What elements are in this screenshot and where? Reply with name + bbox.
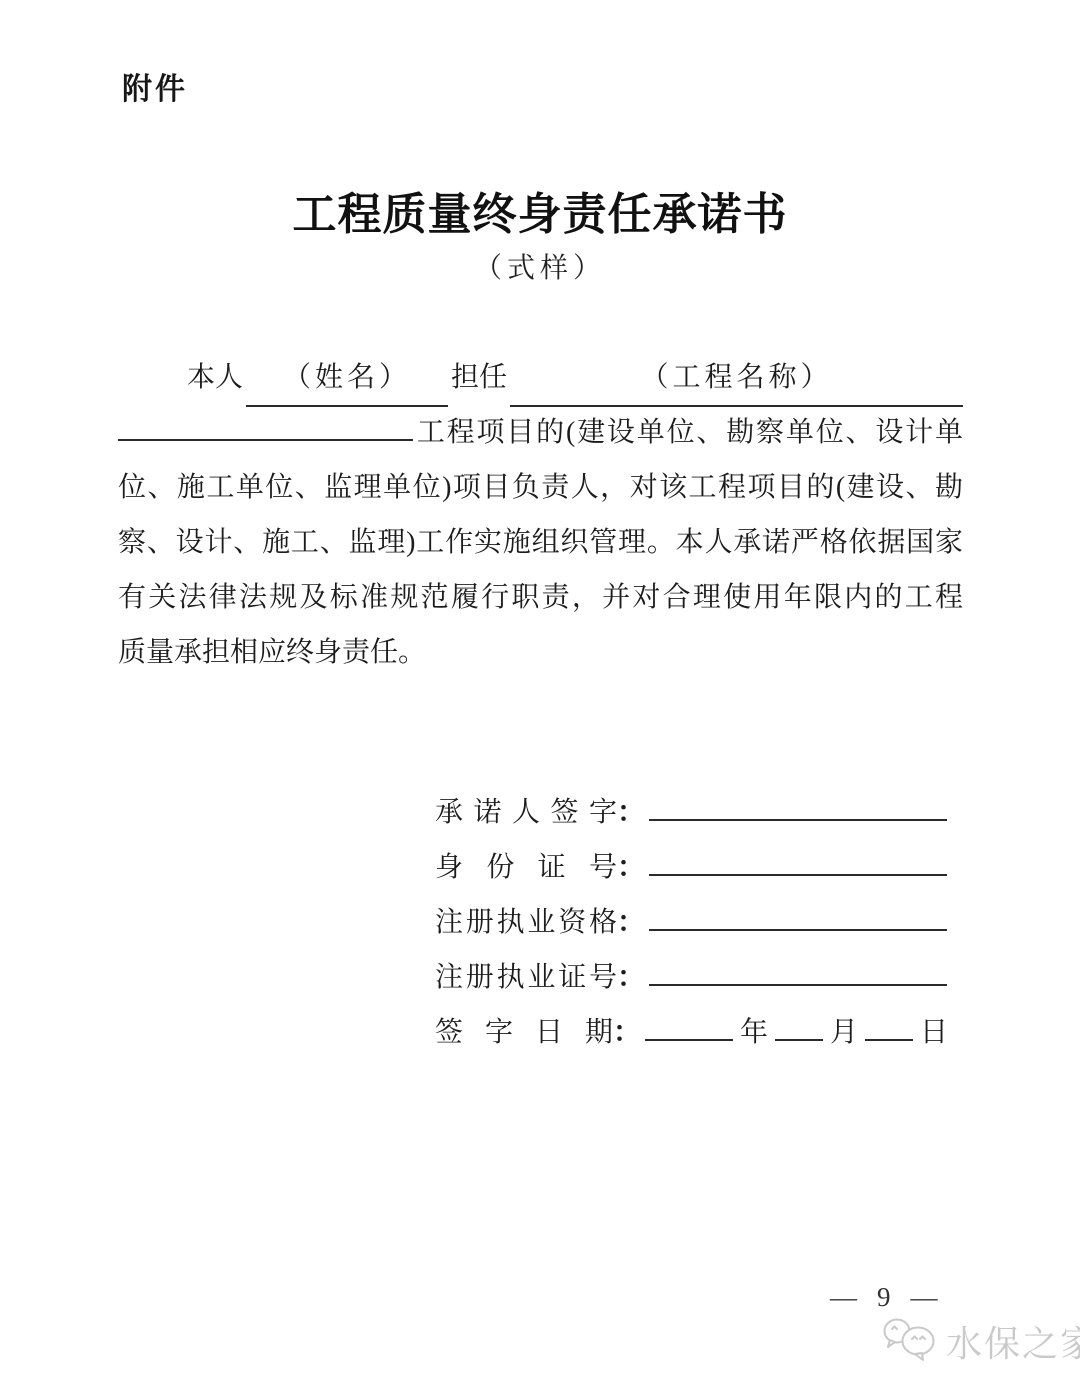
- wechat-chat-bubbles-icon: [882, 1316, 940, 1367]
- signer-signature-blank-field: [649, 818, 947, 821]
- document-title: 工程质量终身责任承诺书: [0, 178, 1080, 242]
- watermark: 水保之家: [882, 1316, 1080, 1367]
- registered-qualification-row: 注册执业资格 ：: [435, 902, 955, 957]
- body-line-4: 察、设计、施工、监理)工作实施组织管理。本人承诺严格依据国家: [118, 515, 963, 570]
- colon: ：: [613, 1012, 641, 1054]
- body-line-1: 本人 （姓名） 担任 （工程名称）: [118, 350, 963, 405]
- document-page: { "page": { "attachment_label": "附件", "t…: [0, 0, 1080, 1388]
- body-paragraph: 本人 （姓名） 担任 （工程名称） 工程项目的(建设单位、勘察单位、设计单 位、…: [118, 350, 963, 680]
- name-blank-field: （姓名）: [246, 350, 448, 407]
- month-unit-label: 月: [830, 1012, 858, 1054]
- page-number-dash-right: —: [911, 1282, 938, 1313]
- signature-block: 承诺人签字 ： 身份证号 ： 注册执业资格 ： 注册执业证号 ： 签字日期 ： …: [435, 792, 955, 1067]
- signer-signature-label: 承诺人签字: [435, 792, 617, 834]
- body-line-2-text: 工程项目的(建设单位、勘察单位、设计单: [415, 417, 963, 448]
- page-number-footer: — 9 —: [830, 1282, 938, 1313]
- year-blank-field: [645, 1038, 733, 1041]
- month-blank-field: [775, 1038, 823, 1041]
- registered-qualification-label: 注册执业资格: [435, 902, 617, 944]
- project-name-blank-field: （工程名称）: [510, 350, 963, 407]
- page-number-dash-left: —: [830, 1282, 857, 1313]
- registered-qualification-blank-field: [649, 928, 947, 931]
- body-line-6: 质量承担相应终身责任。: [118, 625, 963, 680]
- document-subtitle: （式样）: [0, 246, 1080, 286]
- colon: ：: [617, 847, 645, 889]
- colon: ：: [617, 792, 645, 834]
- day-blank-field: [865, 1038, 913, 1041]
- signer-signature-row: 承诺人签字 ：: [435, 792, 955, 847]
- registered-certificate-blank-field: [649, 983, 947, 986]
- colon: ：: [617, 902, 645, 944]
- year-unit-label: 年: [740, 1012, 768, 1054]
- line1-prefix-text: 本人: [187, 350, 243, 405]
- day-unit-label: 日: [920, 1012, 948, 1054]
- registered-certificate-label: 注册执业证号: [435, 957, 617, 999]
- body-line-5: 有关法律法规及标准规范履行职责，并对合理使用年限内的工程: [118, 570, 963, 625]
- body-line-3: 位、施工单位、监理单位)项目负责人，对该工程项目的(建设、勘: [118, 460, 963, 515]
- id-number-label: 身份证号: [435, 847, 617, 889]
- signing-date-label: 签字日期: [435, 1012, 613, 1054]
- watermark-text: 水保之家: [946, 1316, 1080, 1367]
- id-number-row: 身份证号 ：: [435, 847, 955, 902]
- body-line-2: 工程项目的(建设单位、勘察单位、设计单: [118, 405, 963, 460]
- line1-middle-text: 担任: [451, 350, 507, 405]
- continuation-blank-field: [118, 438, 413, 441]
- colon: ：: [617, 957, 645, 999]
- id-number-blank-field: [649, 873, 947, 876]
- page-number: 9: [877, 1282, 891, 1313]
- attachment-label: 附件: [122, 64, 188, 108]
- signing-date-row: 签字日期 ： 年 月 日: [435, 1012, 955, 1067]
- registered-certificate-row: 注册执业证号 ：: [435, 957, 955, 1012]
